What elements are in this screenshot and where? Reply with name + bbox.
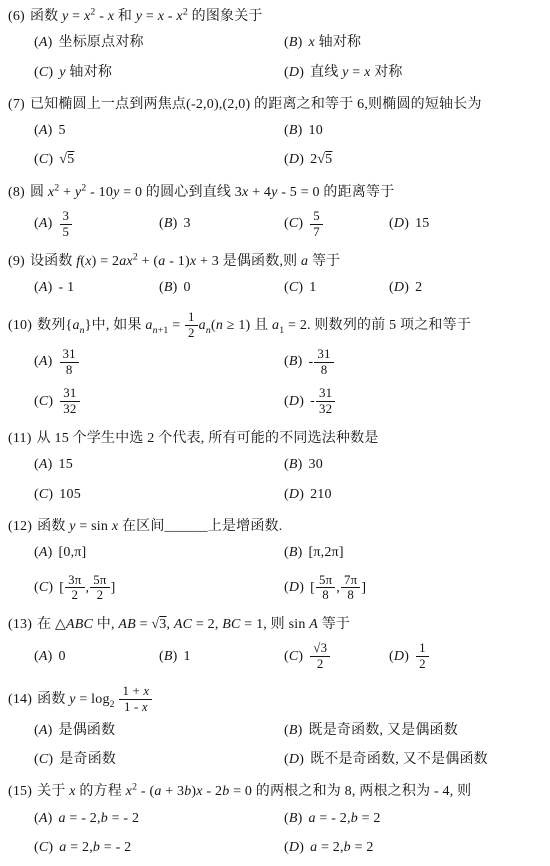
option-label: (A) — [34, 278, 53, 298]
option-8C: (C) 57 — [284, 205, 389, 244]
option-11B: (B) 30 — [284, 451, 544, 479]
option-label: (D) — [284, 485, 304, 505]
question-number: (13) — [8, 617, 32, 632]
question-12: (12)函数 y = sin x 在区间______上是增函数. (A) [0,… — [8, 517, 544, 607]
option-label: (D) — [389, 214, 409, 234]
option-9C: (C) 1 — [284, 274, 389, 302]
option-text: - 1 — [59, 278, 75, 298]
option-6D: (D) 直线 y = x 对称 — [284, 59, 544, 87]
option-10C: (C) 3132 — [34, 382, 284, 421]
question-stem: (13)在 △ABC 中, AB = √3, AC = 2, BC = 1, 则… — [8, 615, 544, 635]
option-7C: (C) √5 — [34, 146, 284, 174]
option-label: (A) — [34, 647, 53, 667]
option-label: (B) — [284, 809, 303, 829]
option-8D: (D) 15 — [389, 205, 544, 244]
option-label: (D) — [284, 750, 304, 770]
question-stem-text: 设函数 f(x) = 2ax2 + (a - 1)x + 3 是偶函数,则 a … — [30, 254, 340, 269]
options-grid: (A) 318 (B) -318 (C) 3132 (D) -3132 — [8, 343, 544, 421]
question-14: (14)函数 y = log2 1 + x1 - x (A) 是偶函数 (B) … — [8, 684, 544, 774]
question-stem-text: 函数 y = log2 1 + x1 - x — [37, 692, 153, 707]
option-text: 3 — [184, 214, 191, 234]
option-14D: (D) 既不是奇函数, 又不是偶函数 — [284, 746, 544, 774]
option-12B: (B) [π,2π] — [284, 539, 544, 567]
option-label: (B) — [284, 455, 303, 475]
question-stem: (11)从 15 个学生中选 2 个代表, 所有可能的不同选法种数是 — [8, 429, 544, 449]
option-text: a = 2,b = - 2 — [59, 838, 131, 858]
option-label: (C) — [284, 214, 303, 234]
options-grid: (A) - 1 (B) 0 (C) 1 (D) 2 — [8, 274, 544, 302]
option-15D: (D) a = 2,b = 2 — [284, 834, 544, 862]
option-text: 0 — [184, 278, 191, 298]
option-text: -3132 — [310, 386, 336, 417]
option-text: 是偶函数 — [59, 721, 116, 741]
option-text: 2 — [415, 278, 422, 298]
option-10A: (A) 318 — [34, 343, 284, 382]
option-label: (A) — [34, 121, 53, 141]
option-label: (C) — [34, 392, 53, 412]
option-10B: (B) -318 — [284, 343, 544, 382]
option-label: (D) — [389, 278, 409, 298]
question-number: (9) — [8, 254, 25, 269]
option-15B: (B) a = - 2,b = 2 — [284, 805, 544, 833]
option-text: 15 — [415, 214, 429, 234]
option-text: 210 — [310, 485, 332, 505]
exam-paper: (6)函数 y = x2 - x 和 y = x - x2 的图象关于 (A) … — [8, 7, 544, 862]
question-stem: (8)圆 x2 + y2 - 10y = 0 的圆心到直线 3x + 4y - … — [8, 183, 544, 203]
option-label: (B) — [159, 647, 178, 667]
question-8: (8)圆 x2 + y2 - 10y = 0 的圆心到直线 3x + 4y - … — [8, 183, 544, 244]
question-stem-text: 在 △ABC 中, AB = √3, AC = 2, BC = 1, 则 sin… — [37, 617, 350, 632]
option-text: 15 — [59, 455, 73, 475]
option-text: 12 — [415, 641, 430, 672]
option-text: 3132 — [59, 386, 80, 417]
options-grid: (A) 是偶函数 (B) 既是奇函数, 又是偶函数 (C) 是奇函数 (D) 既… — [8, 717, 544, 775]
option-text: -318 — [309, 347, 335, 378]
option-15C: (C) a = 2,b = - 2 — [34, 834, 284, 862]
question-number: (10) — [8, 318, 32, 333]
option-label: (C) — [34, 150, 53, 170]
option-11A: (A) 15 — [34, 451, 284, 479]
option-label: (D) — [284, 578, 304, 598]
option-label: (D) — [284, 63, 304, 83]
option-label: (A) — [34, 214, 53, 234]
question-stem: (7)已知椭圆上一点到两焦点(-2,0),(2,0) 的距离之和等于 6,则椭圆… — [8, 95, 544, 115]
option-label: (B) — [284, 33, 303, 53]
question-stem-text: 数列{an}中, 如果 an+1 = 12an(n ≥ 1) 且 a1 = 2.… — [37, 318, 471, 333]
options-grid: (A) 5 (B) 10 (C) √5 (D) 2√5 — [8, 117, 544, 175]
option-text: [0,π] — [59, 543, 87, 563]
options-grid: (A) 35 (B) 3 (C) 57 (D) 15 — [8, 205, 544, 244]
option-text: 坐标原点对称 — [59, 33, 144, 53]
option-text: 57 — [309, 209, 324, 240]
option-14A: (A) 是偶函数 — [34, 717, 284, 745]
option-6C: (C) y 轴对称 — [34, 59, 284, 87]
option-label: (C) — [284, 278, 303, 298]
option-13C: (C) √32 — [284, 637, 389, 676]
option-15A: (A) a = - 2,b = - 2 — [34, 805, 284, 833]
option-13A: (A) 0 — [34, 637, 159, 676]
option-text: x 轴对称 — [309, 33, 362, 53]
option-text: 318 — [59, 347, 80, 378]
options-grid: (A) 坐标原点对称 (B) x 轴对称 (C) y 轴对称 (D) 直线 y … — [8, 29, 544, 87]
option-6B: (B) x 轴对称 — [284, 29, 544, 57]
option-11C: (C) 105 — [34, 481, 284, 509]
option-label: (C) — [34, 63, 53, 83]
option-12C: (C) [3π2,5π2] — [34, 569, 284, 608]
option-label: (A) — [34, 543, 53, 563]
options-grid: (A) [0,π] (B) [π,2π] (C) [3π2,5π2] (D) [… — [8, 539, 544, 607]
question-number: (6) — [8, 9, 25, 24]
question-9: (9)设函数 f(x) = 2ax2 + (a - 1)x + 3 是偶函数,则… — [8, 252, 544, 303]
option-8A: (A) 35 — [34, 205, 159, 244]
question-number: (12) — [8, 519, 32, 534]
option-label: (A) — [34, 809, 53, 829]
option-label: (B) — [284, 543, 303, 563]
option-9B: (B) 0 — [159, 274, 284, 302]
option-label: (B) — [159, 278, 178, 298]
option-text: 1 — [309, 278, 316, 298]
option-7A: (A) 5 — [34, 117, 284, 145]
option-label: (C) — [284, 647, 303, 667]
option-label: (D) — [284, 838, 304, 858]
question-7: (7)已知椭圆上一点到两焦点(-2,0),(2,0) 的距离之和等于 6,则椭圆… — [8, 95, 544, 175]
option-6A: (A) 坐标原点对称 — [34, 29, 284, 57]
option-label: (C) — [34, 578, 53, 598]
option-12A: (A) [0,π] — [34, 539, 284, 567]
question-stem: (6)函数 y = x2 - x 和 y = x - x2 的图象关于 — [8, 7, 544, 27]
question-stem: (9)设函数 f(x) = 2ax2 + (a - 1)x + 3 是偶函数,则… — [8, 252, 544, 272]
option-9D: (D) 2 — [389, 274, 544, 302]
question-11: (11)从 15 个学生中选 2 个代表, 所有可能的不同选法种数是 (A) 1… — [8, 429, 544, 509]
option-label: (A) — [34, 455, 53, 475]
option-7B: (B) 10 — [284, 117, 544, 145]
option-text: 105 — [59, 485, 81, 505]
question-stem: (10)数列{an}中, 如果 an+1 = 12an(n ≥ 1) 且 a1 … — [8, 310, 544, 341]
option-label: (C) — [34, 750, 53, 770]
option-text: 1 — [184, 647, 191, 667]
option-text: 既不是奇函数, 又不是偶函数 — [310, 750, 488, 770]
options-grid: (A) 0 (B) 1 (C) √32 (D) 12 — [8, 637, 544, 676]
options-grid: (A) a = - 2,b = - 2 (B) a = - 2,b = 2 (C… — [8, 805, 544, 863]
question-stem-text: 已知椭圆上一点到两焦点(-2,0),(2,0) 的距离之和等于 6,则椭圆的短轴… — [30, 97, 482, 112]
option-8B: (B) 3 — [159, 205, 284, 244]
option-label: (D) — [389, 647, 409, 667]
option-text: [5π8,7π8] — [310, 573, 366, 604]
option-12D: (D) [5π8,7π8] — [284, 569, 544, 608]
question-stem-text: 从 15 个学生中选 2 个代表, 所有可能的不同选法种数是 — [37, 431, 379, 446]
option-14C: (C) 是奇函数 — [34, 746, 284, 774]
question-stem: (12)函数 y = sin x 在区间______上是增函数. — [8, 517, 544, 537]
option-10D: (D) -3132 — [284, 382, 544, 421]
option-text: [3π2,5π2] — [59, 573, 115, 604]
question-6: (6)函数 y = x2 - x 和 y = x - x2 的图象关于 (A) … — [8, 7, 544, 87]
question-stem-text: 函数 y = sin x 在区间______上是增函数. — [37, 519, 282, 534]
question-stem: (14)函数 y = log2 1 + x1 - x — [8, 684, 544, 715]
option-label: (B) — [284, 352, 303, 372]
option-11D: (D) 210 — [284, 481, 544, 509]
option-label: (A) — [34, 721, 53, 741]
question-stem-text: 关于 x 的方程 x2 - (a + 3b)x - 2b = 0 的两根之和为 … — [37, 784, 471, 799]
option-label: (D) — [284, 392, 304, 412]
option-text: 35 — [59, 209, 74, 240]
option-text: a = - 2,b = - 2 — [59, 809, 140, 829]
option-label: (C) — [34, 838, 53, 858]
question-number: (8) — [8, 185, 25, 200]
option-9A: (A) - 1 — [34, 274, 159, 302]
option-13D: (D) 12 — [389, 637, 544, 676]
question-number: (15) — [8, 784, 32, 799]
question-stem-text: 函数 y = x2 - x 和 y = x - x2 的图象关于 — [30, 9, 263, 24]
option-label: (A) — [34, 352, 53, 372]
question-stem-text: 圆 x2 + y2 - 10y = 0 的圆心到直线 3x + 4y - 5 =… — [30, 185, 394, 200]
option-label: (B) — [284, 721, 303, 741]
option-text: 既是奇函数, 又是偶函数 — [309, 721, 458, 741]
question-15: (15)关于 x 的方程 x2 - (a + 3b)x - 2b = 0 的两根… — [8, 782, 544, 862]
question-13: (13)在 △ABC 中, AB = √3, AC = 2, BC = 1, 则… — [8, 615, 544, 676]
option-text: a = 2,b = 2 — [310, 838, 374, 858]
option-text: 是奇函数 — [59, 750, 116, 770]
option-text: 0 — [59, 647, 66, 667]
option-text: 10 — [309, 121, 323, 141]
option-text: y 轴对称 — [59, 63, 112, 83]
option-text: 2√5 — [310, 150, 332, 170]
option-text: a = - 2,b = 2 — [309, 809, 381, 829]
option-label: (C) — [34, 485, 53, 505]
option-text: 5 — [59, 121, 66, 141]
question-10: (10)数列{an}中, 如果 an+1 = 12an(n ≥ 1) 且 a1 … — [8, 310, 544, 421]
option-label: (D) — [284, 150, 304, 170]
option-label: (B) — [284, 121, 303, 141]
question-number: (11) — [8, 431, 32, 446]
option-text: [π,2π] — [309, 543, 344, 563]
question-number: (14) — [8, 692, 32, 707]
option-14B: (B) 既是奇函数, 又是偶函数 — [284, 717, 544, 745]
option-7D: (D) 2√5 — [284, 146, 544, 174]
options-grid: (A) 15 (B) 30 (C) 105 (D) 210 — [8, 451, 544, 509]
option-label: (A) — [34, 33, 53, 53]
option-13B: (B) 1 — [159, 637, 284, 676]
option-text: √32 — [309, 641, 331, 672]
option-label: (B) — [159, 214, 178, 234]
option-text: √5 — [59, 150, 74, 170]
question-stem: (15)关于 x 的方程 x2 - (a + 3b)x - 2b = 0 的两根… — [8, 782, 544, 802]
option-text: 30 — [309, 455, 323, 475]
option-text: 直线 y = x 对称 — [310, 63, 403, 83]
question-number: (7) — [8, 97, 25, 112]
